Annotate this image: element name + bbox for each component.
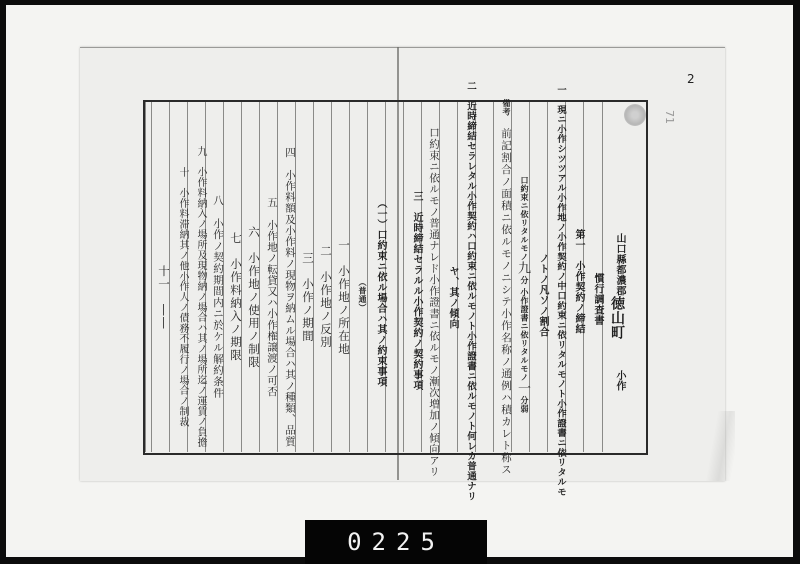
column-blank bbox=[385, 102, 403, 452]
ratio-unit: 分弱 bbox=[521, 396, 529, 413]
question-text: ヤ、其ノ傾向 bbox=[447, 266, 457, 329]
clause-text: 二 小作地ノ反別 bbox=[320, 245, 332, 349]
ratio-label-2: 分 小作證書ニ依リタルモノ bbox=[521, 276, 529, 381]
column-clause-11: 十一 ―― bbox=[151, 102, 169, 452]
clause-text: 十一 ―― bbox=[158, 265, 170, 330]
header-prefecture: 山口縣都濃郡 bbox=[614, 233, 624, 296]
page-number-mark: 2 bbox=[687, 72, 695, 86]
column-item-2: 二 近時締結セラレタル小作契約ハ口約束ニ依ルモノト小作證書ニ依ルモノト何レカ普通… bbox=[457, 102, 475, 452]
question-text: 一 現ニ小作シツツアル小作地ノ小作契約ノ中口約束ニ依リタルモノト小作證書ニ依リタ… bbox=[556, 85, 565, 497]
column-blank bbox=[475, 102, 493, 452]
column-item-2-sub: ヤ、其ノ傾向 bbox=[439, 102, 457, 452]
column-ratio: 口約束ニ依リタルモノ 九 分 小作證書ニ依リタルモノ 一 分弱 bbox=[511, 102, 529, 452]
ratio-label: 口約束ニ依リタルモノ bbox=[521, 176, 529, 261]
column-clause-1: 一 小作地ノ所在地 bbox=[331, 102, 349, 452]
column-item-1: 一 現ニ小作シツツアル小作地ノ小作契約ノ中口約束ニ依リタルモノト小作證書ニ依リタ… bbox=[547, 102, 565, 452]
section-heading: 第一 小作契約ノ締結 bbox=[573, 229, 583, 334]
answer-text: 口約束ニ依ルモノ普通ナレド小作證書ニ依ルモノ漸次増加ノ傾向アリ bbox=[429, 127, 440, 477]
question-text: （一）口約束ニ依ル場合ハ其ノ約束事項 bbox=[375, 198, 385, 387]
document-title: 慣行調査書 bbox=[592, 273, 602, 326]
clause-text: 一 小作地ノ所在地 bbox=[338, 239, 350, 356]
column-margin bbox=[145, 102, 151, 452]
remarks-label: 備考 bbox=[503, 99, 511, 116]
column-clause-10: 十 小作料滞納其ノ他小作人ノ債務不履行ノ場合ノ制裁 bbox=[169, 102, 187, 452]
clause-text: 四 小作料額及小作料ノ現物ヲ納ムル場合ハ其ノ種類、品質 bbox=[285, 147, 296, 447]
column-clause-4: 四 小作料額及小作料ノ現物ヲ納ムル場合ハ其ノ種類、品質 bbox=[277, 102, 295, 452]
column-section-1: 第一 小作契約ノ締結 bbox=[565, 102, 583, 452]
column-sub-1-note: （普通） bbox=[349, 102, 367, 452]
question-text: 二 近時締結セラレタル小作契約ハ口約束ニ依ルモノト小作證書ニ依ルモノト何レカ普通… bbox=[466, 81, 476, 501]
column-clause-7: 七 小作料納入ノ期限 bbox=[223, 102, 241, 452]
header-town: 徳山町 bbox=[610, 296, 624, 340]
frame-counter: 0225 bbox=[305, 520, 487, 564]
header-column-title: 慣行調査書 bbox=[583, 102, 602, 452]
column-clause-5: 五 小作地ノ転貸又ハ小作権譲渡ノ可否 bbox=[259, 102, 277, 452]
ratio-value-2: 一 bbox=[516, 381, 529, 396]
column-sub-1: （一）口約束ニ依ル場合ハ其ノ約束事項 bbox=[367, 102, 385, 452]
column-clause-9: 九 小作料納入ノ場所及現物納ノ場合ハ其ノ場所迄ノ運賃ノ負擔 bbox=[187, 102, 205, 452]
question-text: ノトノ凡ソノ割合 bbox=[537, 253, 547, 337]
column-item-3: 三 近時締結セラルル小作契約ノ契約事項 bbox=[403, 102, 421, 452]
pencil-mark: 71 bbox=[663, 110, 676, 124]
column-clause-3: 三 小作ノ期間 bbox=[295, 102, 313, 452]
clause-text: 三 小作ノ期間 bbox=[302, 252, 314, 343]
clause-text: 五 小作地ノ転貸又ハ小作権譲渡ノ可否 bbox=[267, 197, 278, 397]
column-clause-6: 六 小作地ノ使用ノ制限 bbox=[241, 102, 259, 452]
clause-text: 八 小作ノ契約期間内ニ於ケル解約条件 bbox=[213, 195, 224, 398]
note-text: （普通） bbox=[359, 278, 367, 312]
clause-text: 十 小作料滞納其ノ他小作人ノ債務不履行ノ場合ノ制裁 bbox=[177, 167, 187, 427]
clause-text: 九 小作料納入ノ場所及現物納ノ場合ハ其ノ場所迄ノ運賃ノ負擔 bbox=[195, 146, 205, 448]
column-item-1-cont: ノトノ凡ソノ割合 bbox=[529, 102, 547, 452]
column-clause-8: 八 小作ノ契約期間内ニ於ケル解約条件 bbox=[205, 102, 223, 452]
clause-text: 七 小作料納入ノ期限 bbox=[230, 232, 242, 362]
question-text: 三 近時締結セラルル小作契約ノ契約事項 bbox=[411, 191, 421, 391]
column-item-2-answer: 口約束ニ依ルモノ普通ナレド小作證書ニ依ルモノ漸次増加ノ傾向アリ bbox=[421, 102, 439, 452]
clause-text: 六 小作地ノ使用ノ制限 bbox=[248, 226, 260, 369]
header-column-location: 山口縣都濃郡 徳山町 小作 bbox=[602, 102, 624, 452]
column-clause-2: 二 小作地ノ反別 bbox=[313, 102, 331, 452]
column-remarks: 備考 前記割合ノ面積ニ依ルモノニシテ小作名称ノ通例ハ積カレト称ス bbox=[493, 102, 511, 452]
header-subject: 小作 bbox=[614, 370, 624, 391]
seal-stamp-icon bbox=[624, 104, 646, 126]
remarks-text: 前記割合ノ面積ニ依ルモノニシテ小作名称ノ通例ハ積カレト称ス bbox=[501, 128, 512, 476]
ratio-value: 九 bbox=[516, 261, 529, 276]
